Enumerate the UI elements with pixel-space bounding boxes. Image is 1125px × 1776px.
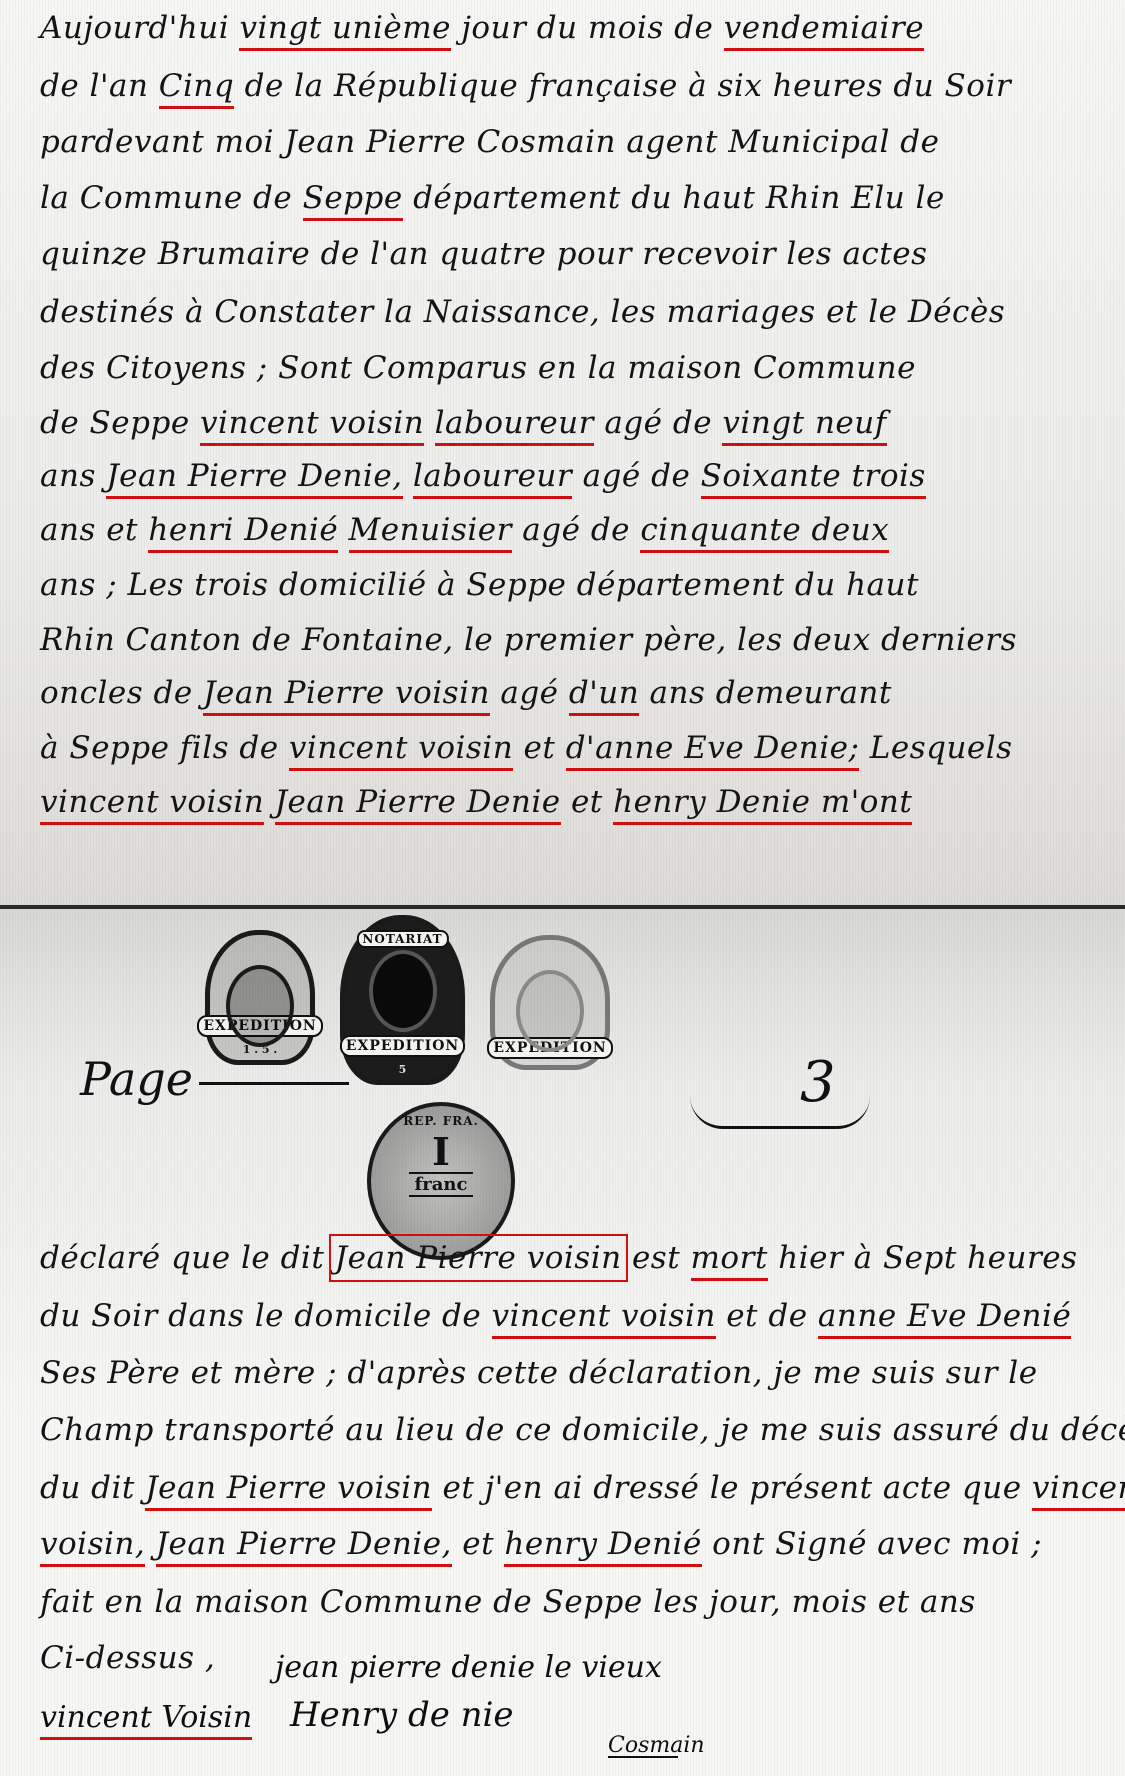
underlined-term: laboureur: [413, 458, 572, 499]
text-run: pardevant moi Jean Pierre Cosmain agent …: [40, 124, 939, 160]
underlined-term: laboureur: [435, 405, 594, 446]
underlined-term: Cinq: [159, 68, 234, 109]
folio-flourish: [690, 1096, 870, 1129]
text-run: de la République française à six heures …: [234, 68, 1011, 104]
text-run: destinés à Constater la Naissance, les m…: [40, 294, 1005, 330]
signature-jean-pierre-denie: jean pierre denie le vieux: [275, 1650, 662, 1685]
text-run: jour du mois de: [451, 10, 724, 46]
margin-note-label: Page: [80, 1052, 193, 1106]
handwritten-line: pardevant moi Jean Pierre Cosmain agent …: [40, 124, 1100, 160]
handwritten-line: déclaré que le dit Jean Pierre voisin es…: [40, 1240, 1100, 1276]
text-run: de l'an: [40, 68, 159, 104]
handwritten-line: ans Jean Pierre Denie, laboureur agé de …: [40, 458, 1100, 494]
seal-currency: franc: [409, 1172, 474, 1197]
text-run: ont Signé avec moi ;: [702, 1526, 1042, 1562]
boxed-name: Jean Pierre voisin: [335, 1240, 622, 1276]
signature-henry-denie: Henry de nie: [290, 1695, 514, 1735]
underlined-term: vingt unième: [239, 10, 450, 51]
stamp-top-text: NOTARIAT: [356, 930, 448, 948]
underlined-term: vincent voisin: [492, 1298, 716, 1339]
handwritten-line: ans et henri Denié Menuisier agé de cinq…: [40, 512, 1100, 548]
underlined-term: Menuisier: [349, 512, 512, 553]
underlined-term: henry Denié: [504, 1526, 701, 1567]
underlined-term: Jean Pierre voisin: [203, 675, 490, 716]
text-run: est: [622, 1240, 691, 1276]
handwritten-line: destinés à Constater la Naissance, les m…: [40, 294, 1100, 330]
margin-note-page: Page: [80, 1052, 349, 1106]
text-run: [264, 784, 274, 820]
handwritten-line: à Seppe fils de vincent voisin et d'anne…: [40, 730, 1100, 766]
one-franc-tax-seal: REP. FRA. I franc: [367, 1102, 515, 1260]
underlined-term: d'un: [569, 675, 639, 716]
text-run: ans et: [40, 512, 148, 548]
text-run: [424, 405, 434, 441]
text-run: Lesquels: [859, 730, 1012, 766]
underlined-term: Jean Pierre voisin: [145, 1470, 432, 1511]
text-run: du dit: [40, 1470, 145, 1506]
text-run: et: [452, 1526, 505, 1562]
text-run: quinze Brumaire de l'an quatre pour rece…: [40, 236, 928, 272]
handwritten-line: la Commune de Seppe département du haut …: [40, 180, 1100, 216]
seal-arc-text: REP. FRA.: [371, 1114, 511, 1128]
handwritten-line: vincent voisin Jean Pierre Denie et henr…: [40, 784, 1100, 820]
text-run: département du haut Rhin Elu le: [403, 180, 945, 216]
text-run: la Commune de: [40, 180, 303, 216]
stamp-medallion-icon: [226, 965, 294, 1047]
underlined-term: anne Eve Denié: [818, 1298, 1071, 1339]
underlined-term: henry Denie m'ont: [613, 784, 912, 825]
handwritten-line: Rhin Canton de Fontaine, le premier père…: [40, 622, 1100, 658]
handwritten-line: de Seppe vincent voisin laboureur agé de…: [40, 405, 1100, 441]
text-run: [403, 458, 413, 494]
handwritten-line: ans ; Les trois domicilié à Seppe départ…: [40, 567, 1100, 603]
text-run: fait en la maison Commune de Seppe les j…: [40, 1584, 976, 1620]
text-run: [145, 1526, 155, 1562]
handwritten-line: quinze Brumaire de l'an quatre pour rece…: [40, 236, 1100, 272]
handwritten-line: Ses Père et mère ; d'après cette déclara…: [40, 1355, 1100, 1391]
underlined-term: voisin,: [40, 1526, 145, 1567]
underlined-term: Seppe: [303, 180, 403, 221]
text-run: ans demeurant: [639, 675, 892, 711]
stamp-medallion-icon: [369, 950, 437, 1032]
text-run: de Seppe: [40, 405, 200, 441]
text-run: oncles de: [40, 675, 203, 711]
text-run: Rhin Canton de Fontaine, le premier père…: [40, 622, 1017, 658]
text-run: agé: [490, 675, 569, 711]
handwritten-line: Champ transporté au lieu de ce domicile,…: [40, 1412, 1100, 1448]
stamp-year: 5: [399, 1063, 407, 1076]
text-run: Champ transporté au lieu de ce domicile,…: [40, 1412, 1125, 1448]
text-run: Ses Père et mère ; d'après cette déclara…: [40, 1355, 1038, 1391]
text-run: et: [561, 784, 614, 820]
officer-name: Cosmain: [608, 1733, 705, 1758]
text-run: agé de: [572, 458, 700, 494]
stamp-ribbon-text: EXPEDITION: [340, 1035, 465, 1057]
handwritten-line: des Citoyens ; Sont Comparus en la maiso…: [40, 350, 1100, 386]
underlined-term: vendemiaire: [724, 10, 924, 51]
text-run: agé de: [594, 405, 722, 441]
underlined-term: Jean Pierre Denie: [275, 784, 561, 825]
handwritten-line: voisin, Jean Pierre Denie, et henry Deni…: [40, 1526, 1100, 1562]
underlined-term: vincent voisin: [40, 784, 264, 825]
document-scan: EXPEDITION 1 . 5 . NOTARIAT EXPEDITION 5…: [0, 0, 1125, 1776]
underlined-term: vincent voisin: [200, 405, 424, 446]
text-run: et j'en ai dressé le présent acte que: [432, 1470, 1032, 1506]
text-run: Ci-dessus ,: [40, 1640, 215, 1676]
handwritten-line: du dit Jean Pierre voisin et j'en ai dre…: [40, 1470, 1100, 1506]
notariat-stamp-center: NOTARIAT EXPEDITION 5: [340, 915, 465, 1085]
expedition-stamp-left: EXPEDITION 1 . 5 .: [205, 930, 315, 1065]
expedition-stamp-right: EXPEDITION: [490, 935, 610, 1070]
underlined-term: mort: [691, 1240, 768, 1281]
text-run: hier à Sept heures: [768, 1240, 1078, 1276]
underlined-term: vincent voisin: [289, 730, 513, 771]
text-run: du Soir dans le domicile de: [40, 1298, 492, 1334]
text-run: ans: [40, 458, 106, 494]
underlined-term: d'anne Eve Denie;: [566, 730, 860, 771]
handwritten-line: fait en la maison Commune de Seppe les j…: [40, 1584, 1100, 1620]
text-run: [338, 512, 348, 548]
text-run: déclaré que le dit: [40, 1240, 335, 1276]
text-run: à Seppe fils de: [40, 730, 289, 766]
text-run: ans ; Les trois domicilié à Seppe départ…: [40, 567, 919, 603]
underlined-term: cinquante deux: [640, 512, 889, 553]
seal-value: I: [371, 1132, 511, 1172]
handwritten-line: Aujourd'hui vingt unième jour du mois de…: [40, 10, 1100, 46]
underlined-term: henri Denié: [148, 512, 338, 553]
stamp-medallion-icon: [516, 970, 584, 1052]
underlined-term: Soixante trois: [701, 458, 926, 499]
text-run: et: [513, 730, 566, 766]
text-run: et de: [716, 1298, 818, 1334]
text-run: des Citoyens ; Sont Comparus en la maiso…: [40, 350, 916, 386]
handwritten-line: de l'an Cinq de la République française …: [40, 68, 1100, 104]
margin-note-flourish: [199, 1082, 349, 1085]
handwritten-line: oncles de Jean Pierre voisin agé d'un an…: [40, 675, 1100, 711]
signature-officer-cosmain: Cosmain: [608, 1733, 705, 1758]
text-run: Aujourd'hui: [40, 10, 239, 46]
underlined-term: Jean Pierre Denie,: [156, 1526, 452, 1567]
handwritten-line: du Soir dans le domicile de vincent vois…: [40, 1298, 1100, 1334]
text-run: agé de: [512, 512, 640, 548]
underlined-term: vingt neuf: [722, 405, 886, 446]
signature-vincent-voisin: vincent Voisin: [40, 1700, 252, 1740]
underlined-term: Jean Pierre Denie,: [106, 458, 402, 499]
folio-number: 3: [800, 1050, 836, 1115]
underlined-term: vincent: [1032, 1470, 1125, 1511]
